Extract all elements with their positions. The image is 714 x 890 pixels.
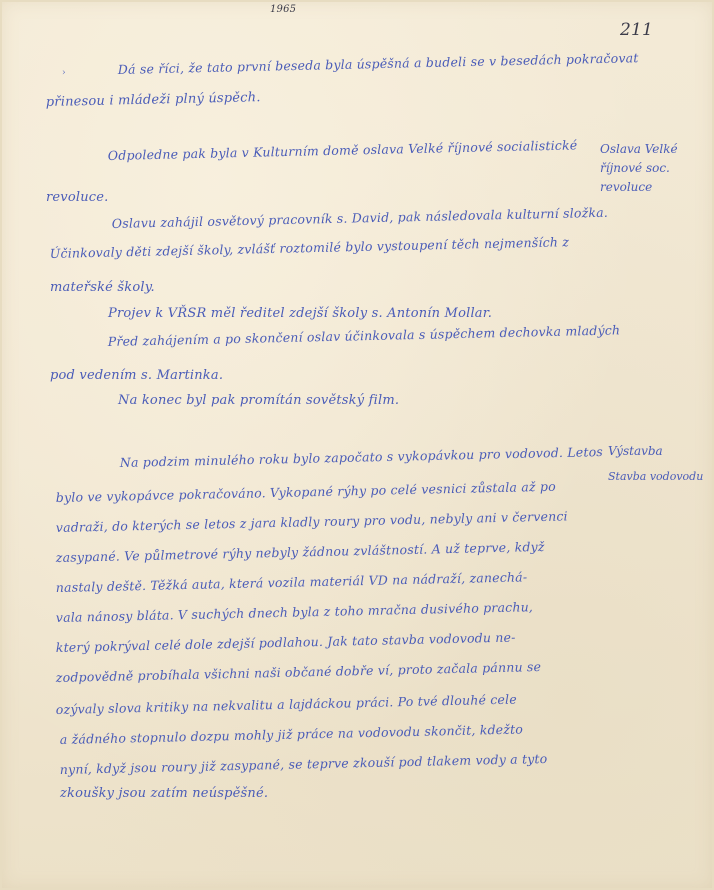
margin-note-line: revoluce	[600, 178, 678, 197]
margin-note-line: Stavba vodovodu	[608, 464, 703, 490]
margin-note-line: Oslava Velké	[600, 140, 678, 159]
text-line: mateřské školy.	[50, 280, 155, 295]
text-line: Projev k VŘSR měl ředitel zdejší školy s…	[108, 306, 492, 321]
text-line: vadraži, do kterých se letos z jara klad…	[56, 508, 568, 535]
text-line: revoluce.	[46, 190, 109, 205]
margin-note-october-revolution: Oslava Velké říjnové soc. revoluce	[600, 140, 678, 197]
margin-mark: ›	[62, 68, 66, 78]
text-line: Před zahájením a po skončení oslav účink…	[108, 322, 621, 349]
text-line: Na konec byl pak promítán sovětský film.	[118, 393, 399, 408]
year-heading: 1965	[270, 4, 296, 15]
text-line: Oslavu zahájil osvětový pracovník s. Dav…	[112, 205, 609, 231]
text-line: nyní, když jsou roury již zasypané, se t…	[60, 751, 548, 777]
margin-note-line: Výstavba	[608, 438, 703, 464]
text-line: nastaly deště. Těžká auta, která vozila …	[56, 569, 528, 595]
text-line: zasypané. Ve půlmetrové rýhy nebyly žádn…	[56, 539, 545, 565]
text-line: Dá se říci, že tato první beseda byla ús…	[118, 50, 639, 77]
page-number: 211	[620, 20, 653, 40]
text-line: vala nánosy bláta. V suchých dnech byla …	[56, 599, 534, 625]
text-line: a žádného stopnulo dozpu mohly již práce…	[60, 721, 524, 747]
text-line: zodpovědně probíhala všichni naši občané…	[56, 659, 542, 685]
text-line: pod vedením s. Martinka.	[50, 368, 223, 383]
text-line: který pokrýval celé dole zdejší podlahou…	[56, 630, 516, 655]
margin-note-waterworks: Výstavba Stavba vodovodu	[608, 438, 703, 490]
text-line: Odpoledne pak byla v Kulturním domě osla…	[108, 137, 578, 163]
margin-note-line: říjnové soc.	[600, 159, 678, 178]
text-line: ozývaly slova kritiky na nekvalitu a laj…	[56, 692, 517, 717]
text-line: přinesou i mládeži plný úspěch.	[46, 90, 261, 110]
text-line: Účinkovaly děti zdejší školy, zvlášť roz…	[50, 234, 570, 261]
text-line: zkoušky jsou zatím neúspěšné.	[60, 786, 268, 801]
text-line: Na podzim minulého roku bylo započato s …	[120, 444, 603, 470]
text-line: bylo ve vykopávce pokračováno. Vykopané …	[56, 479, 556, 505]
manuscript-page: 1965 211 › Dá se říci, že tato první bes…	[0, 0, 714, 890]
